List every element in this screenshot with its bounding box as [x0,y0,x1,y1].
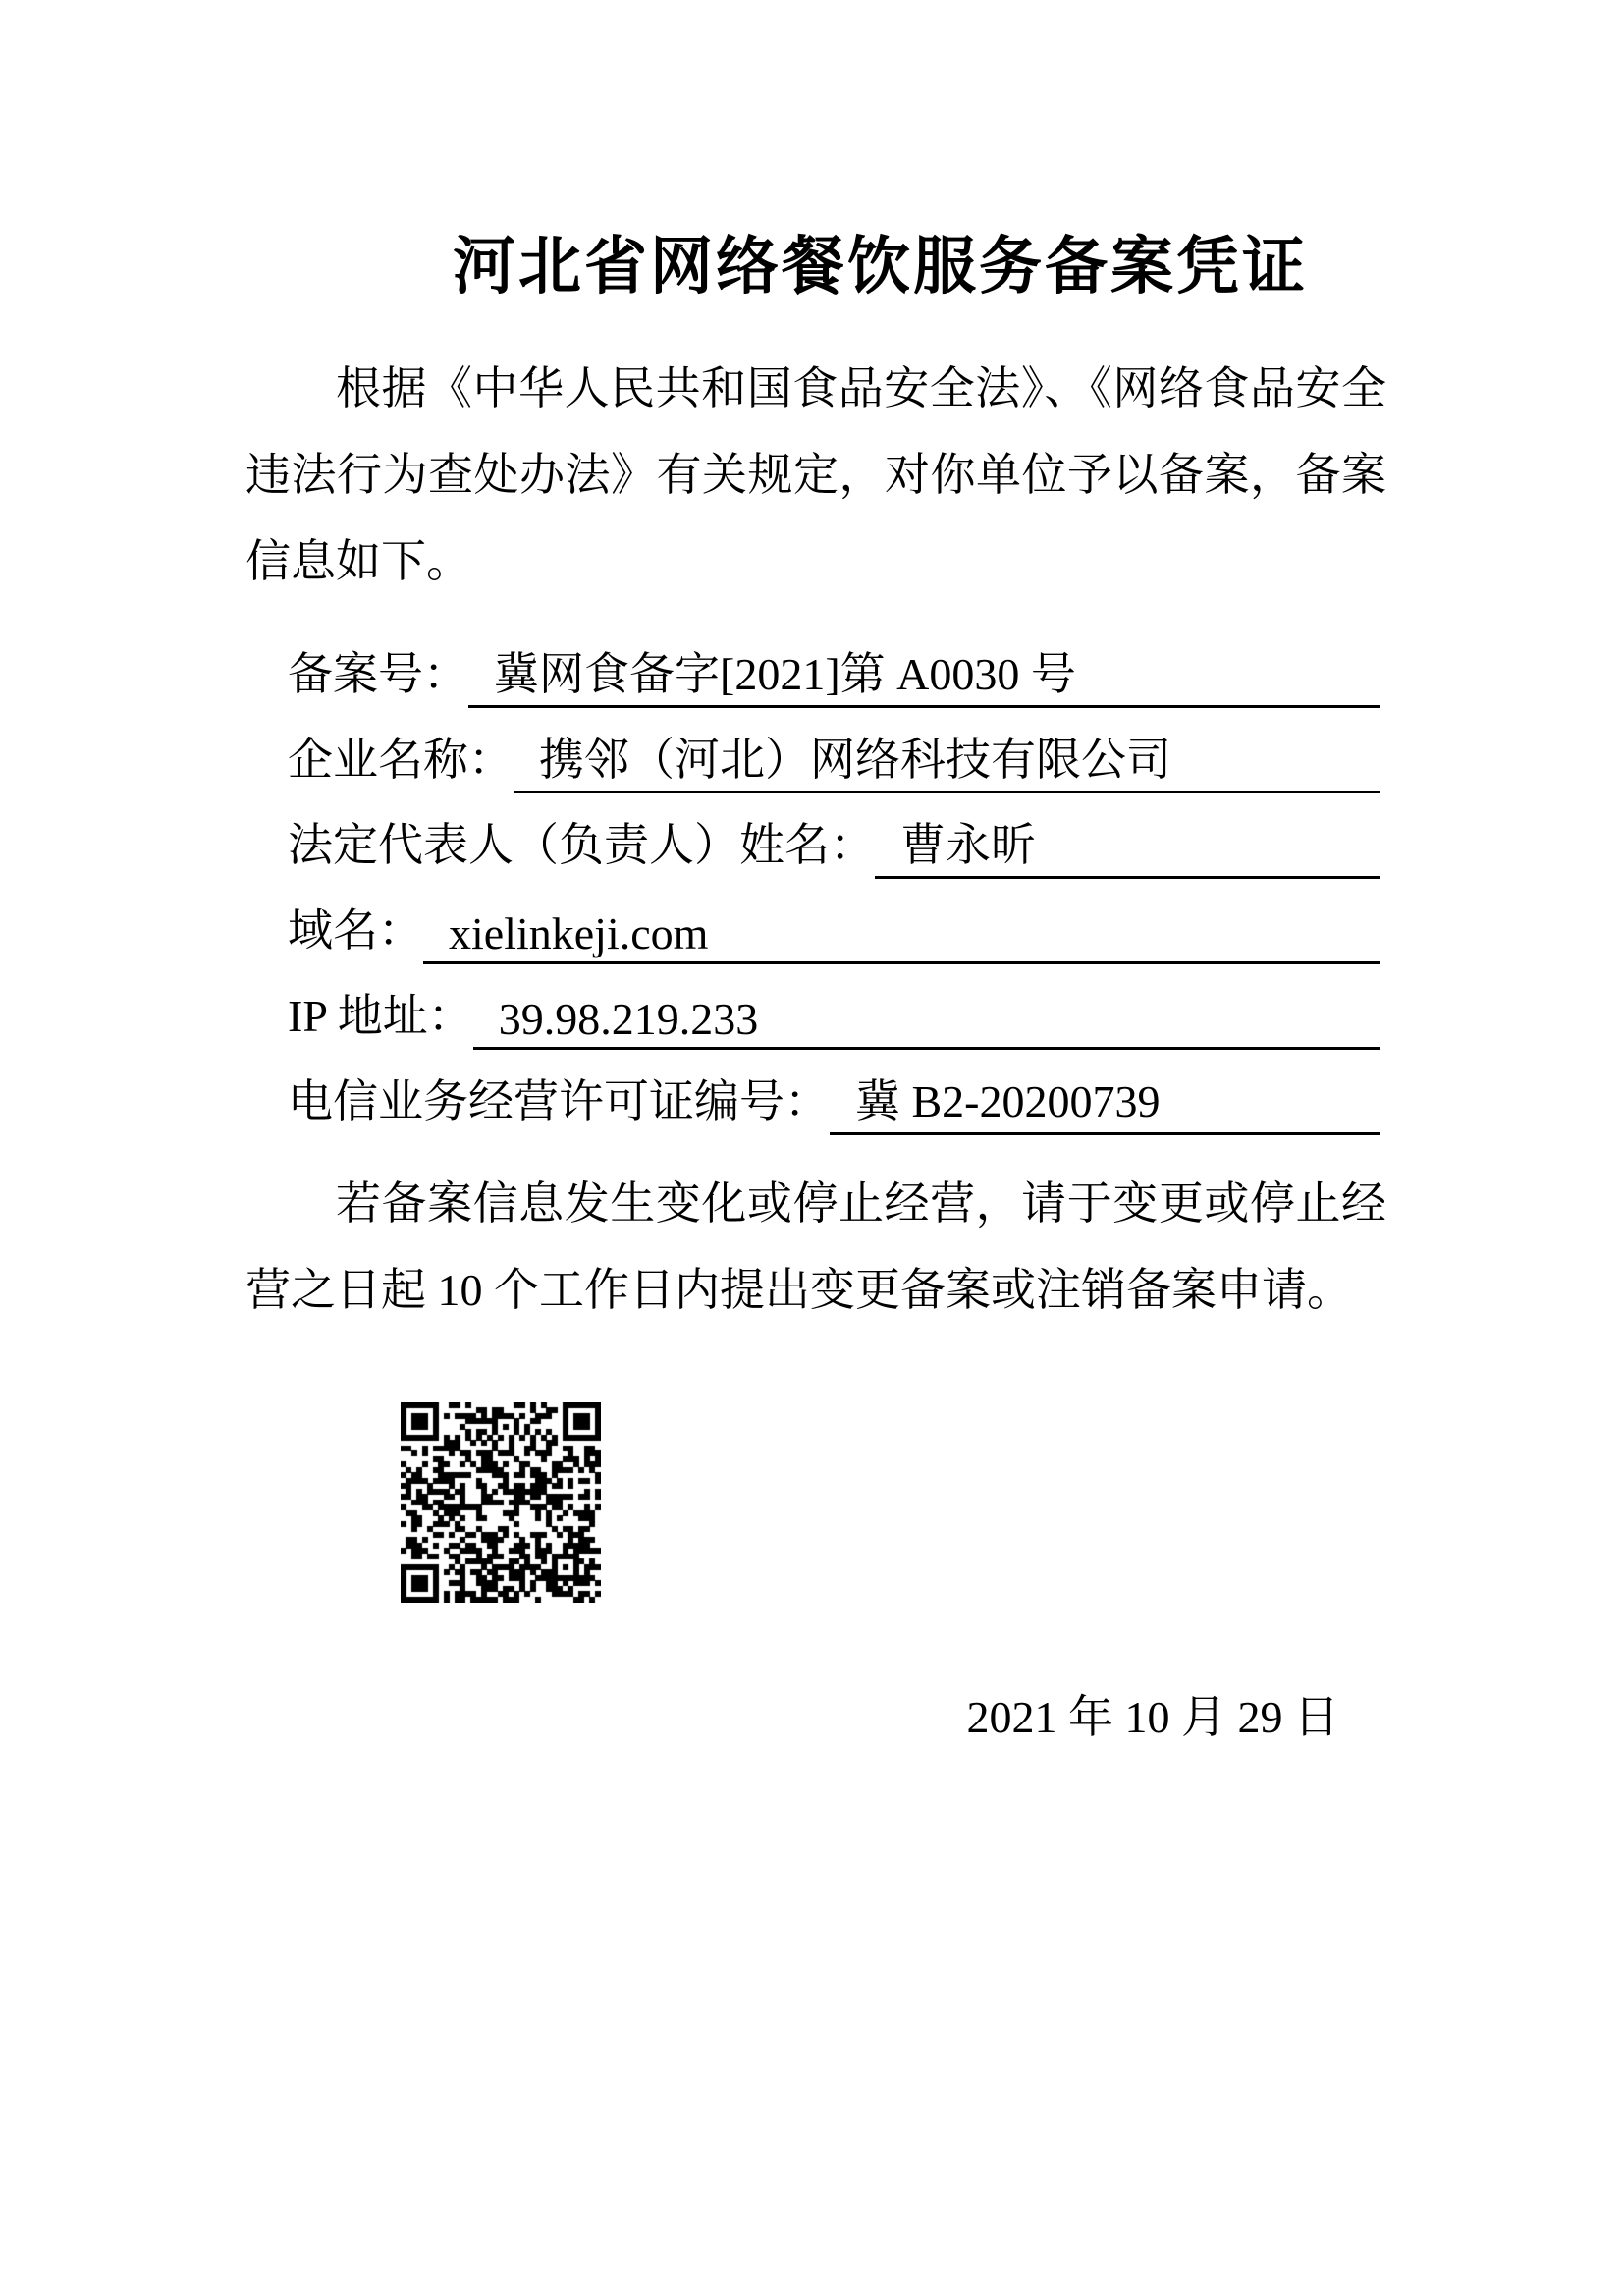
page-title: 河北省网络餐饮服务备案凭证 [0,216,1623,306]
filing-certificate-document: 河北省网络餐饮服务备案凭证 根据《中华人民共和国食品安全法》、《网络食品安全违法… [0,0,1623,2296]
company-name-label: 企业名称： [288,724,514,793]
field-row-company-name: 企业名称： 携邻（河北）网络科技有限公司 [288,708,1380,793]
field-row-ip-address: IP 地址： 39.98.219.233 [288,964,1380,1050]
record-number-value: 冀网食备字[2021]第 A0030 号 [468,638,1380,708]
company-name-value: 携邻（河北）网络科技有限公司 [514,724,1380,793]
domain-name-value: xielinkeji.com [423,907,1380,964]
domain-name-label: 域名： [288,895,423,964]
ip-address-value: 39.98.219.233 [473,993,1380,1050]
telecom-license-value: 冀 B2-20200739 [830,1066,1380,1135]
field-row-telecom-license: 电信业务经营许可证编号： 冀 B2-20200739 [288,1050,1380,1135]
ip-address-label: IP 地址： [288,980,473,1050]
change-notice-paragraph: 若备案信息发生变化或停止经营，请于变更或停止经营之日起 10 个工作日内提出变更… [245,1161,1386,1334]
telecom-license-label: 电信业务经营许可证编号： [288,1066,830,1135]
qr-code-icon [401,1402,601,1603]
record-number-label: 备案号： [288,638,468,708]
filing-info-fields: 备案号： 冀网食备字[2021]第 A0030 号 企业名称： 携邻（河北）网络… [288,623,1380,1135]
intro-paragraph: 根据《中华人民共和国食品安全法》、《网络食品安全违法行为查处办法》有关规定，对你… [245,346,1386,605]
legal-representative-label: 法定代表人（负责人）姓名： [288,809,875,879]
field-row-legal-representative: 法定代表人（负责人）姓名： 曹永昕 [288,793,1380,879]
field-row-record-number: 备案号： 冀网食备字[2021]第 A0030 号 [288,623,1380,708]
legal-representative-value: 曹永昕 [875,809,1380,879]
field-row-domain-name: 域名： xielinkeji.com [288,879,1380,964]
issue-date: 2021 年 10 月 29 日 [245,1681,1386,1746]
